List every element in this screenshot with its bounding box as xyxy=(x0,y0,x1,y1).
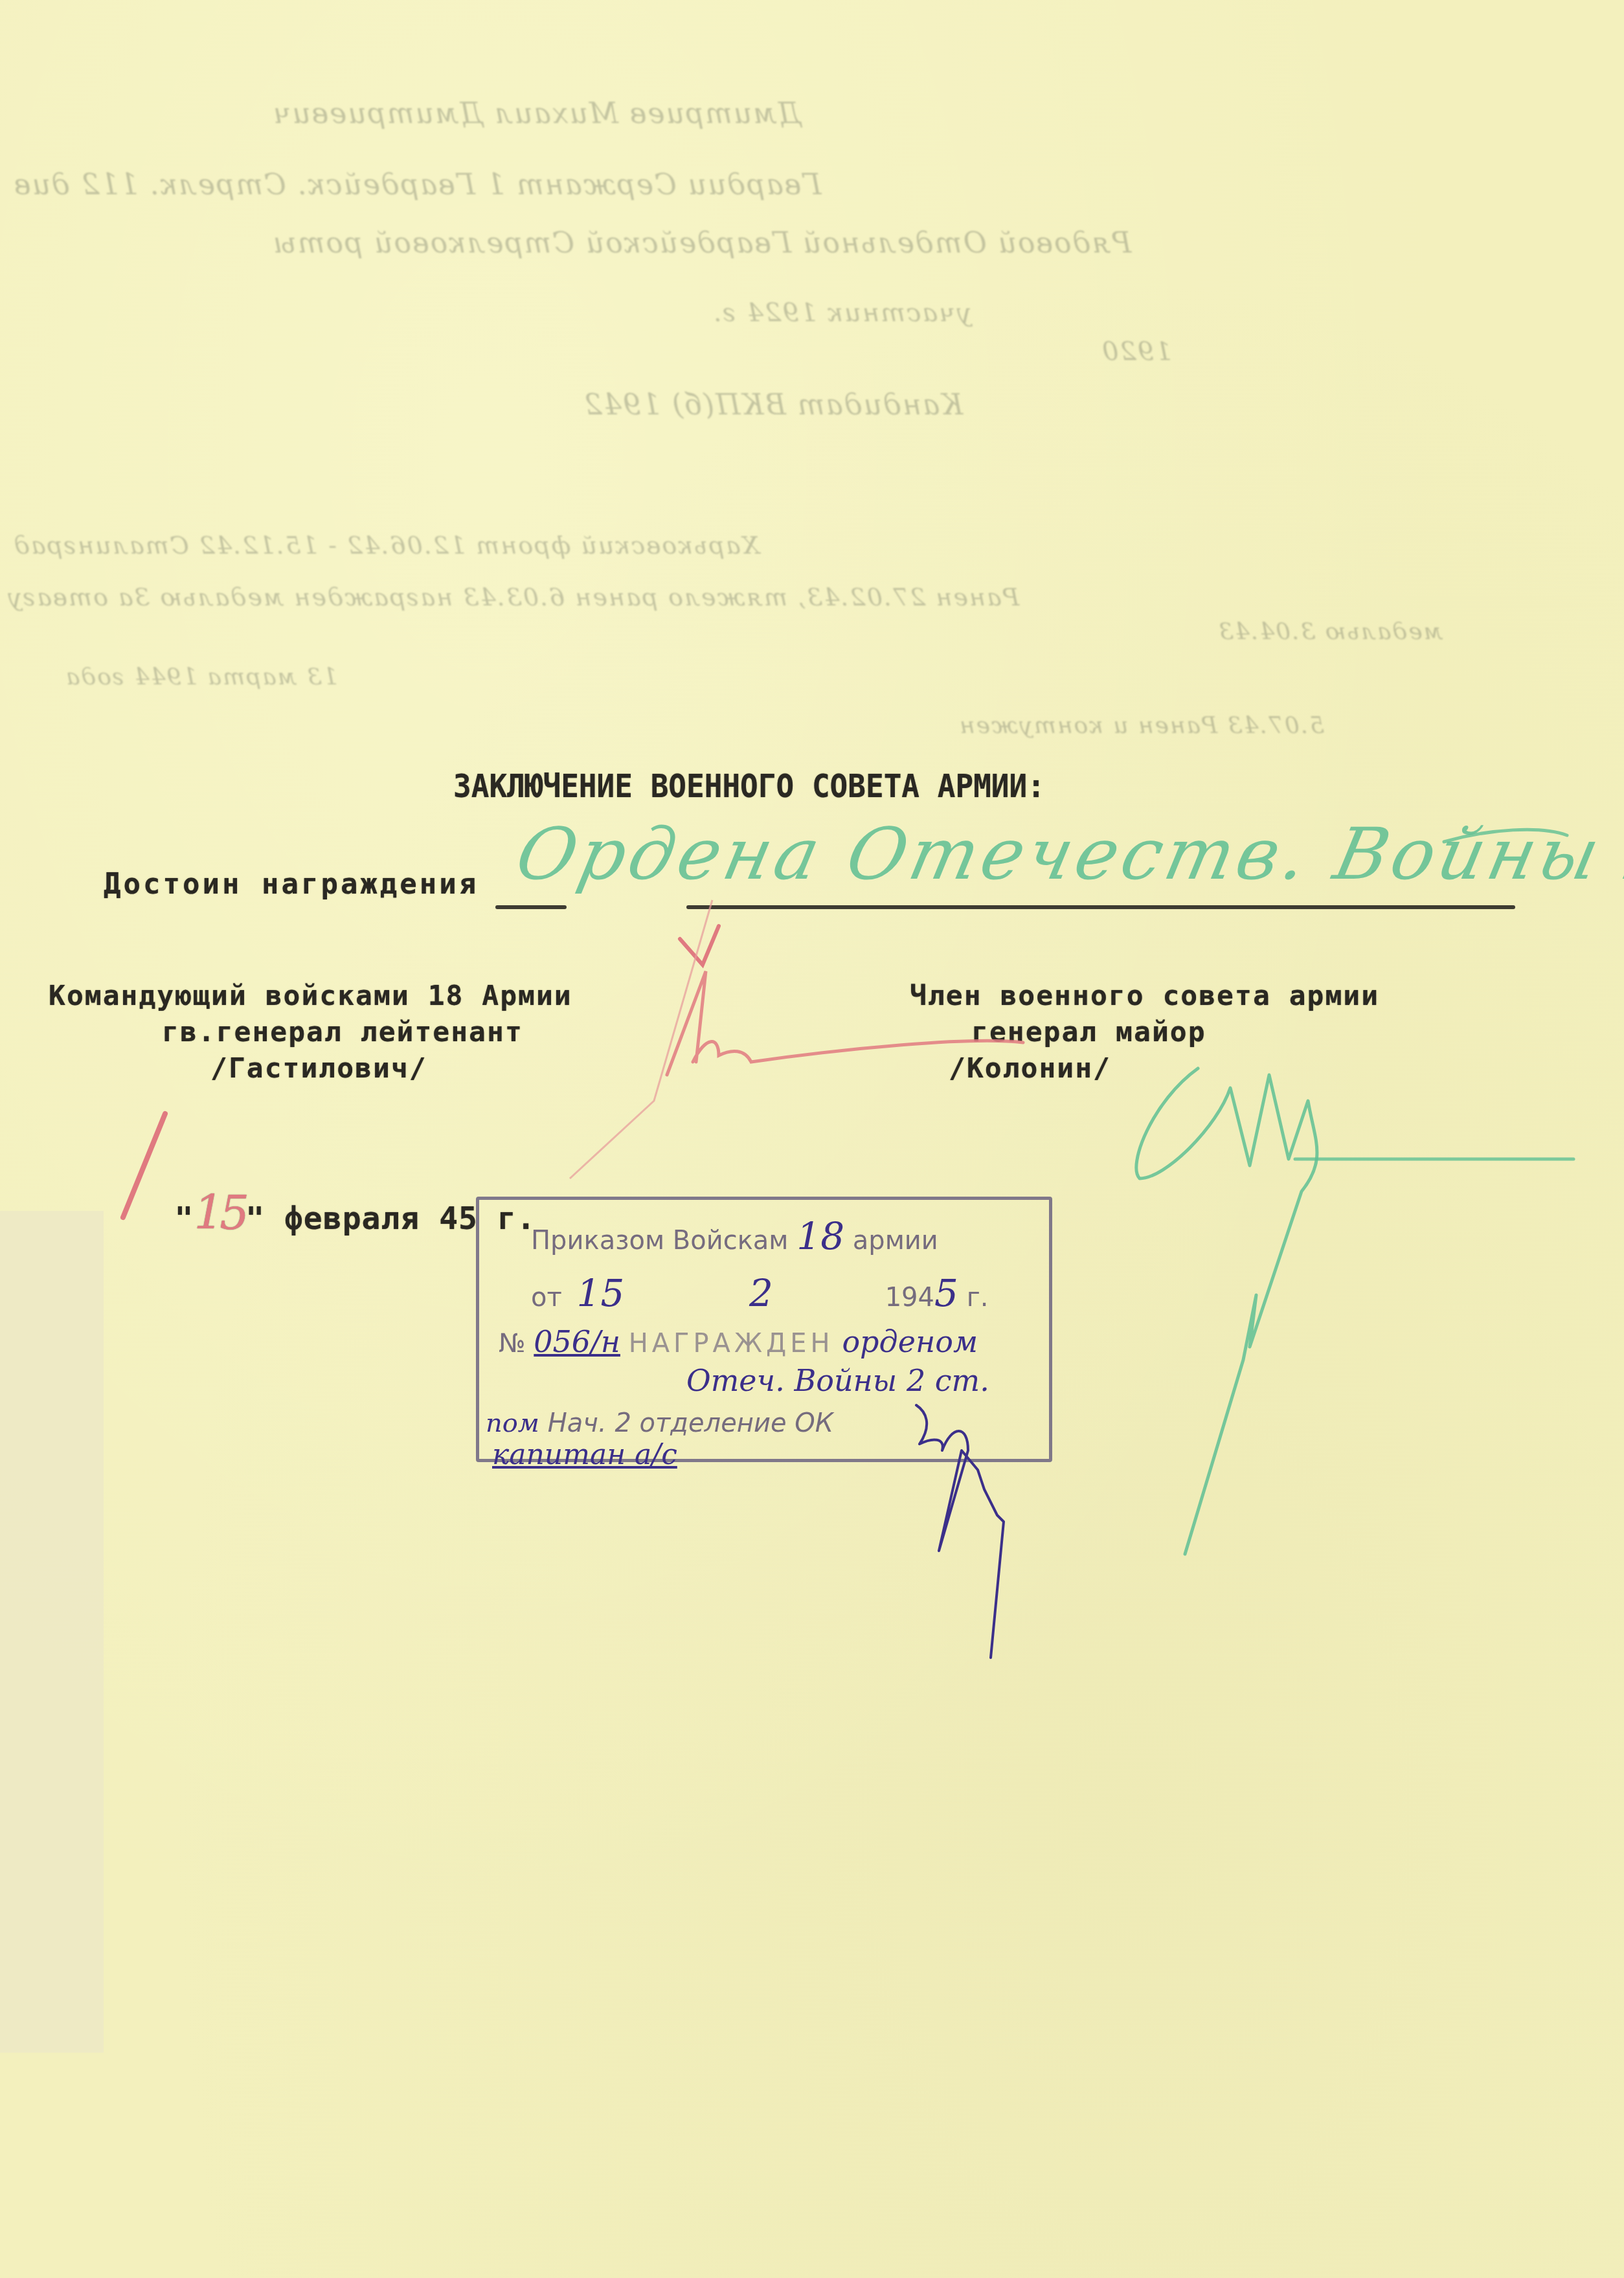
stamp-awarded-label: НАГРАЖДЕН xyxy=(629,1329,834,1359)
document-page: Дмитриев Михаил Дмитриевич Гвардии Сержа… xyxy=(0,0,1624,2278)
council-member-name: /Колонин/ xyxy=(949,1050,1111,1087)
commander-rank: гв.генерал лейтенант xyxy=(162,1014,523,1050)
stamp-date-year-printed: 194 xyxy=(885,1283,934,1313)
underline-short xyxy=(495,905,567,909)
stamp-department: Нач. 2 отделение ОК xyxy=(548,1408,833,1438)
commander-name: /Гастилович/ xyxy=(210,1050,427,1087)
stamp-award-degree: Отеч. Войны 2 ст. xyxy=(686,1363,989,1398)
bleed-through-text: 1920 xyxy=(1101,337,1172,367)
stamp-date-year-suffix: г. xyxy=(967,1283,989,1313)
stamp-date-day: 15 xyxy=(577,1271,625,1315)
signature-marks xyxy=(0,0,1624,2278)
worthy-of-award-label: Достоин награждения xyxy=(104,868,479,901)
bleed-through-text: участник 1924 г. xyxy=(712,298,971,328)
underline-long xyxy=(686,905,1515,909)
bleed-through-text: Ранен 27.02.43, тяжело ранен 6.03.43 наг… xyxy=(6,583,1019,611)
paper-patch xyxy=(0,1211,104,2053)
stamp-number-line: № 056/н НАГРАЖДЕН орденом xyxy=(499,1324,978,1359)
stamp-date-year-digit: 5 xyxy=(934,1271,958,1315)
stamp-assistant-prefix: пом xyxy=(486,1408,539,1438)
bleed-through-text: Гвардии Сержант 1 Гвардейск. Стрелк. 112… xyxy=(13,168,821,201)
stamp-army-label: армии xyxy=(853,1226,938,1256)
stamp-order-line: Приказом Войскам 18 армии xyxy=(531,1214,938,1258)
award-order-stamp: Приказом Войскам 18 армии от 15 2 1945 г… xyxy=(476,1197,1052,1462)
stamp-date-month: 2 xyxy=(749,1271,773,1315)
date-quote-close: " xyxy=(245,1201,265,1237)
conclusion-heading: ЗАКЛЮЧЕНИЕ ВОЕННОГО СОВЕТА АРМИИ: xyxy=(453,767,1045,805)
bleed-through-text: Дмитриев Михаил Дмитриевич xyxy=(272,97,801,130)
red-check-mark xyxy=(680,926,719,965)
council-member-title: Член военного совета армии xyxy=(910,978,1379,1014)
council-member-rank: генерал майор xyxy=(971,1014,1206,1050)
red-pencil-stroke xyxy=(570,900,712,1178)
stamp-officer-rank: капитан а/с xyxy=(492,1438,677,1471)
stamp-date-from: от xyxy=(531,1283,562,1313)
stamp-number-label: № xyxy=(499,1329,526,1359)
bleed-through-text: Рядовой Отдельной Гвардейской Стрелковой… xyxy=(272,227,1131,260)
stamp-order-printed: Приказом Войскам xyxy=(531,1226,789,1256)
stamp-army-number: 18 xyxy=(796,1214,844,1258)
bleed-through-text: Кандидат ВКП(б) 1942 xyxy=(583,389,963,422)
commander-title: Командующий войсками 18 Армии xyxy=(49,978,572,1014)
stamp-award-order: орденом xyxy=(842,1324,978,1359)
stamp-date-line: от 15 2 1945 г. xyxy=(531,1271,988,1315)
date-quote-open: " xyxy=(175,1201,194,1237)
bleed-through-text: Харьковский фронт 12.06.42 - 15.12.42 Ст… xyxy=(13,531,760,559)
date-day-handwritten: 15 xyxy=(194,1186,246,1240)
stamp-order-number: 056/н xyxy=(534,1324,620,1359)
date-line: "15" февраля 45 г. xyxy=(97,1149,536,1276)
bleed-through-text: 5.07.43 Ранен и контужен xyxy=(958,712,1324,739)
handwritten-award-name: Ордена Отечеств. Войны 2 ст xyxy=(509,813,1624,896)
stamp-department-line: пом Нач. 2 отделение ОК xyxy=(486,1408,833,1438)
council-member-signature xyxy=(1136,1068,1317,1554)
bleed-through-text: медалью 3.04.43 xyxy=(1217,618,1443,645)
bleed-through-text: 13 марта 1944 года xyxy=(65,664,338,690)
